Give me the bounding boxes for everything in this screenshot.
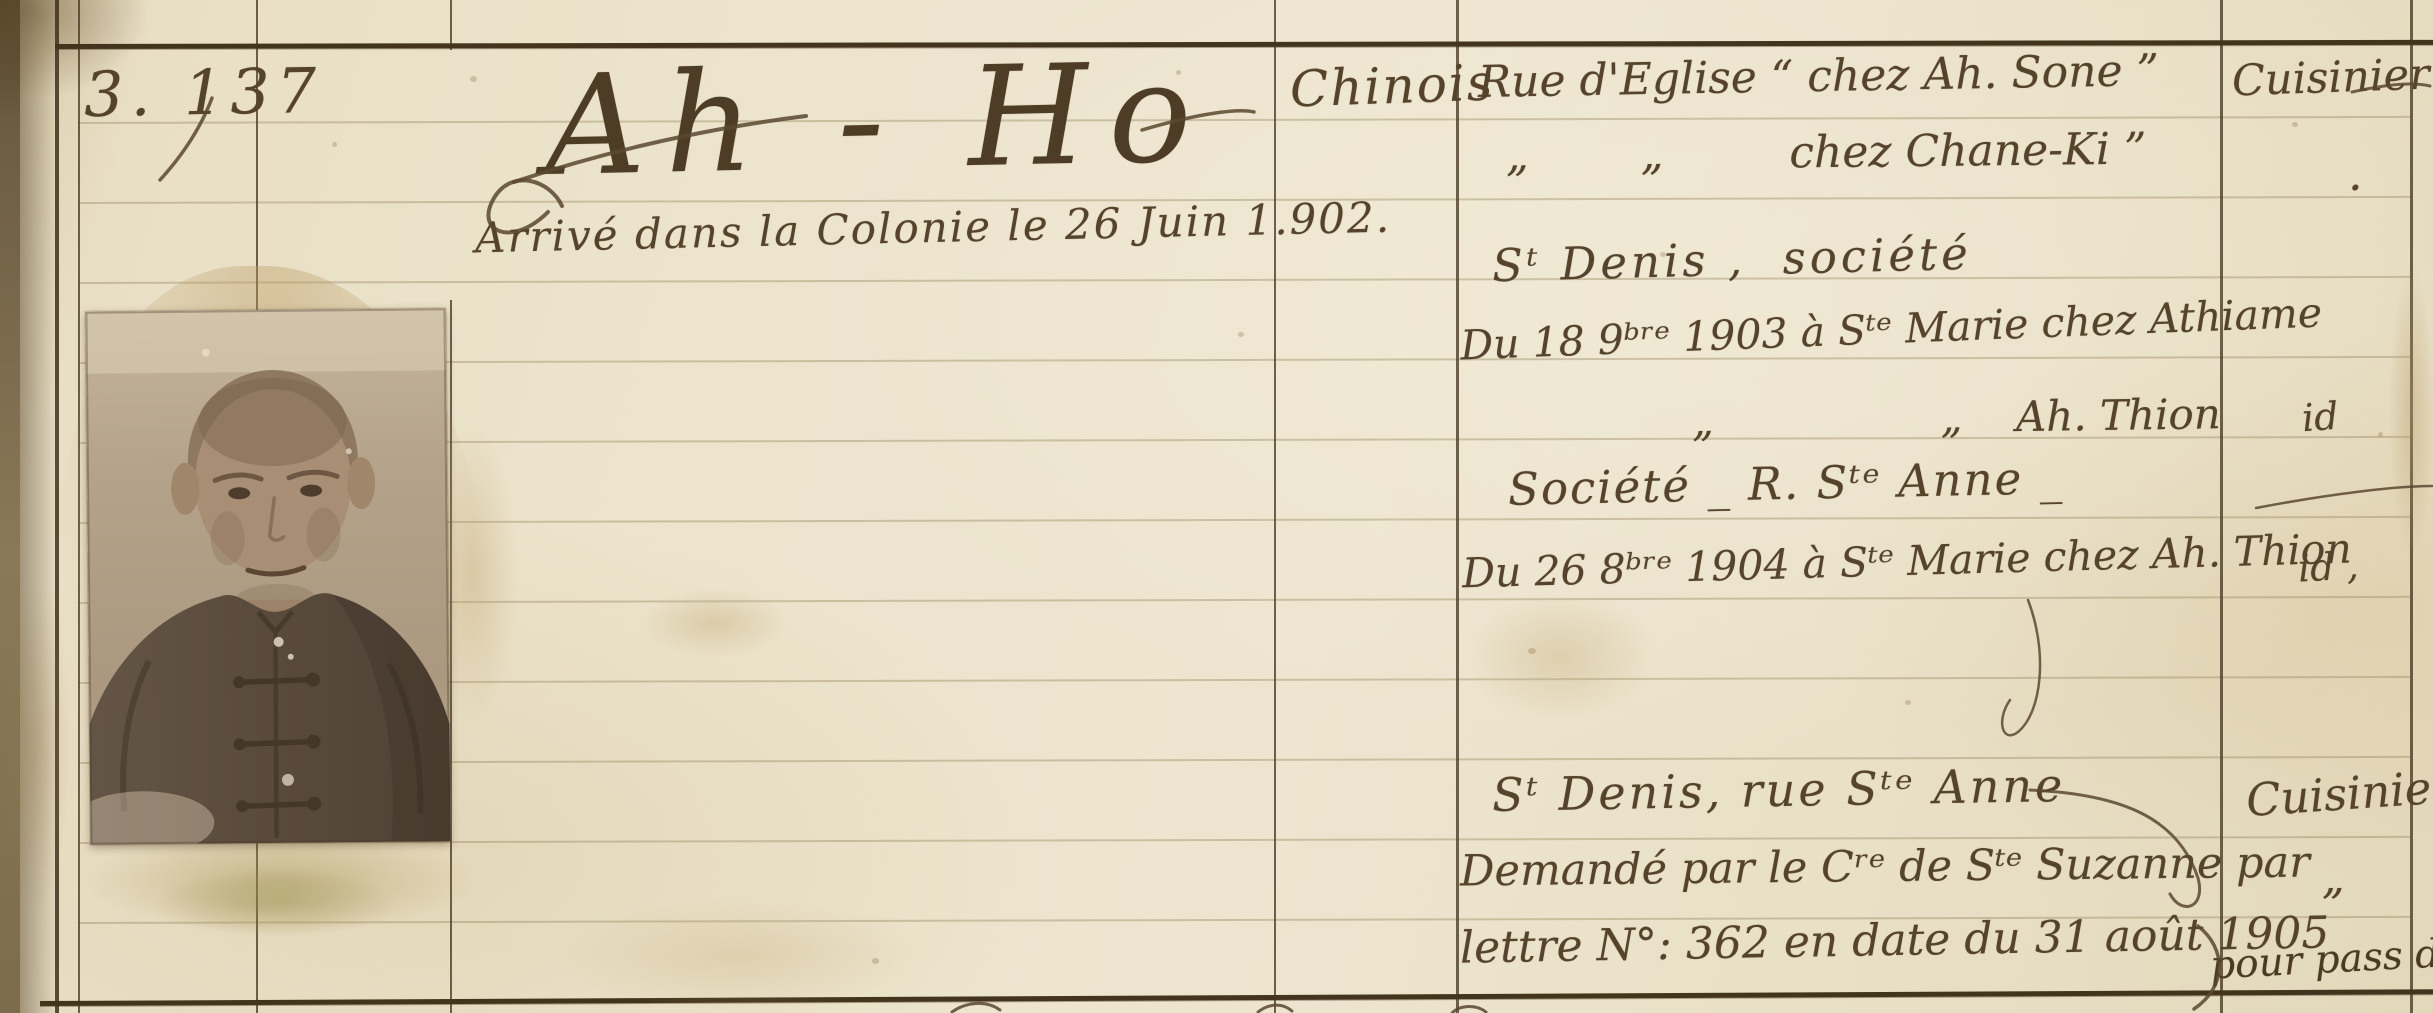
residence-line-3: Sᵗ Denis , société <box>1491 230 1972 290</box>
stain-name-column <box>640 588 790 658</box>
column-divider-nationality <box>1456 0 1459 1013</box>
stain-bottom-center <box>560 900 920 1010</box>
occupation-line-2: Cuisinier <box>2245 763 2433 825</box>
residence-line-1: Rue d'Eglise “ chez Ah. Sone ” <box>1478 48 2160 106</box>
residence-line-10: lettre N°: 362 en date du 31 août 1905 <box>1460 910 2330 971</box>
glue-stain-bottom <box>88 832 474 932</box>
residence-line-5: „ „ Ah. Thion <box>1692 392 2221 443</box>
occupation-line-1: Cuisinier <box>2231 53 2430 105</box>
margin-rule-outer <box>55 0 59 1013</box>
row-separator-bottom <box>40 989 2433 1006</box>
foxing-speck <box>470 76 477 82</box>
ruled-line <box>78 276 2410 284</box>
column-divider-name <box>1274 0 1276 1013</box>
registry-page: 3. 137 Ah - Ho Arrivé dans la Colonie le… <box>0 0 2433 1013</box>
foxing-speck <box>2292 122 2298 127</box>
foxing-speck <box>332 142 337 147</box>
nationality: Chinois <box>1289 56 1495 116</box>
next-row-fragment <box>952 1003 1000 1012</box>
occupation-idem-1: id <box>2301 397 2340 439</box>
foxing-speck <box>2378 432 2383 437</box>
foxing-speck <box>872 958 879 964</box>
glue-stain-bottom2 <box>150 868 400 938</box>
foxing-speck <box>1528 648 1536 654</box>
page-gutter-fade <box>20 0 58 1013</box>
entry-name: Ah - Ho <box>544 41 1213 200</box>
column-divider-occupation <box>2410 0 2413 1013</box>
residence-line-2: „ „ chez Chane-Ki ” <box>1506 127 2147 180</box>
occupation-ditto: „ <box>2322 856 2345 902</box>
idem-flourish-line <box>2256 486 2432 508</box>
residence-line-8: Sᵗ Denis, rue Sᵗᵉ Anne <box>1492 761 2066 819</box>
foxing-speck <box>1238 332 1244 337</box>
ruled-line <box>78 116 2410 124</box>
foxing-speck <box>1905 700 1911 705</box>
page-gutter-shadow <box>0 0 20 1013</box>
occupation-idem-2: id , <box>2297 546 2360 589</box>
portrait-illustration <box>85 308 450 844</box>
residence-line-9: Demandé par le Cʳᵉ de Sᵗᵉ Suzanne par <box>1460 841 2310 895</box>
residence-line-7: Du 26 8ᵇʳᵉ 1904 à Sᵗᵉ Marie chez Ah. Thi… <box>1462 528 2353 596</box>
stain-residence-column <box>1466 592 1656 722</box>
margin-rule-inner <box>78 0 80 1013</box>
chez-descender-loop <box>2002 600 2040 735</box>
residence-line-6: Société _ R. Sᵗᵉ Anne _ <box>1508 454 2065 513</box>
identity-photograph <box>85 308 450 844</box>
entry-number: 3. 137 <box>83 58 323 127</box>
occupation-dot: . <box>2348 150 2363 198</box>
column-divider-photo <box>450 300 452 1013</box>
